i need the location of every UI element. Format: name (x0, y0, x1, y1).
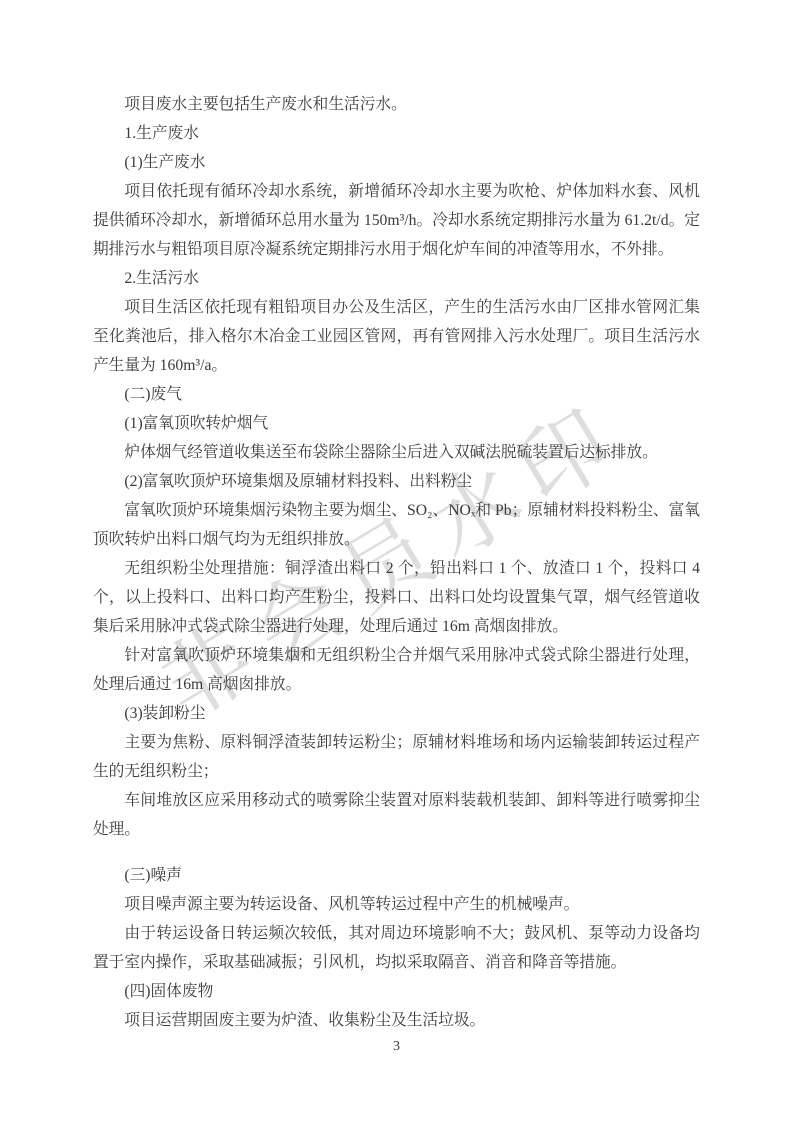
paragraph-heading: (3)装卸粉尘 (93, 699, 700, 728)
paragraph-heading: 1.生产废水 (93, 119, 700, 148)
paragraph: 项目生活区依托现有粗铅项目办公及生活区，产生的生活污水由厂区排水管网汇集至化粪池… (93, 293, 700, 380)
paragraph-heading: (四)固体废物 (93, 977, 700, 1006)
paragraph-heading: (2)富氧吹顶炉环境集烟及原辅材料投料、出料粉尘 (93, 467, 700, 496)
paragraph: 富氧吹顶炉环境集烟污染物主要为烟尘、SO₂、NOₓ和 Pb；原辅材料投料粉尘、富… (93, 496, 700, 554)
document-page: 非会员水印 项目废水主要包括生产废水和生活污水。1.生产废水(1)生产废水项目依… (0, 0, 793, 1122)
paragraph: 车间堆放区应采用移动式的喷雾除尘装置对原料装载机装卸、卸料等进行喷雾抑尘处理。 (93, 786, 700, 844)
paragraph-heading: (三)噪声 (93, 861, 700, 890)
paragraph: 由于转运设备日转运频次较低，其对周边环境影响不大；鼓风机、泵等动力设备均置于室内… (93, 919, 700, 977)
paragraph: 主要为焦粉、原料铜浮渣装卸转运粉尘；原辅材料堆场和场内运输装卸转运过程产生的无组… (93, 728, 700, 786)
paragraph: 项目依托现有循环冷却水系统，新增循环冷却水主要为吹枪、炉体加料水套、风机提供循环… (93, 177, 700, 264)
paragraph: 炉体烟气经管道收集送至布袋除尘器除尘后进入双碱法脱硫装置后达标排放。 (93, 438, 700, 467)
document-body: 项目废水主要包括生产废水和生活污水。1.生产废水(1)生产废水项目依托现有循环冷… (93, 90, 700, 1035)
paragraph-heading: 2.生活污水 (93, 264, 700, 293)
paragraph-heading: (1)生产废水 (93, 148, 700, 177)
page-number: 3 (0, 1037, 793, 1057)
paragraph: 针对富氧吹顶炉环境集烟和无组织粉尘合并烟气采用脉冲式袋式除尘器进行处理，处理后通… (93, 641, 700, 699)
paragraph: 项目噪声源主要为转运设备、风机等转运过程中产生的机械噪声。 (93, 890, 700, 919)
paragraph: 项目运营期固废主要为炉渣、收集粉尘及生活垃圾。 (93, 1006, 700, 1035)
paragraph: 项目废水主要包括生产废水和生活污水。 (93, 90, 700, 119)
paragraph: 无组织粉尘处理措施：铜浮渣出料口 2 个，铅出料口 1 个、放渣口 1 个，投料… (93, 554, 700, 641)
paragraph-heading: (二)废气 (93, 380, 700, 409)
paragraph-heading: (1)富氧顶吹转炉烟气 (93, 409, 700, 438)
